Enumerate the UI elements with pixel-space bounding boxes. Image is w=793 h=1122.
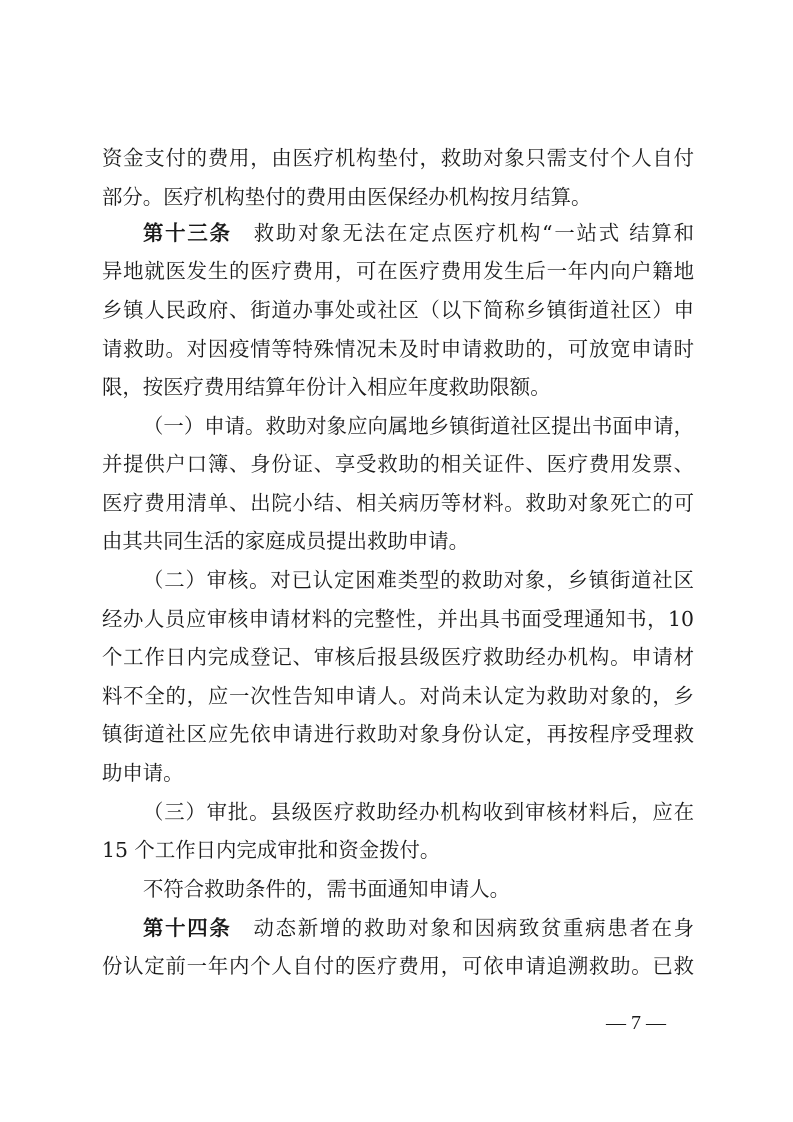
article-heading: 第十三条 [143, 221, 232, 245]
text-line: 限，按医疗费用结算年份计入相应年度救助限额。 [102, 372, 694, 402]
text-line: 不符合救助条件的，需书面通知申请人。 [143, 874, 694, 904]
article-heading: 第十四条 [143, 916, 231, 940]
text-line: 个工作日内完成登记、审核后报县级医疗救助经办机构。申请材 [102, 642, 694, 672]
clause-2-line: （二）审核。对已认定困难类型的救助对象，乡镇街道社区 [143, 565, 694, 595]
article-14-heading-line: 第十四条动态新增的救助对象和因病致贫重病患者在身 [143, 913, 694, 943]
page-number: — 7 — [606, 1008, 666, 1038]
text-line: 由其共同生活的家庭成员提出救助申请。 [102, 526, 694, 556]
text-line: 资金支付的费用，由医疗机构垫付，救助对象只需支付个人自付 [102, 143, 694, 173]
clause-3-line: （三）审批。县级医疗救助经办机构收到审核材料后，应在 [143, 797, 694, 827]
text-line: 助申请。 [102, 758, 694, 788]
text-line: 部分。医疗机构垫付的费用由医保经办机构按月结算。 [102, 182, 694, 212]
text-line: 乡镇人民政府、街道办事处或社区（以下简称乡镇街道社区）申 [102, 295, 694, 325]
document-page: 资金支付的费用，由医疗机构垫付，救助对象只需支付个人自付 部分。医疗机构垫付的费… [0, 0, 793, 1122]
text-line: 医疗费用清单、出院小结、相关病历等材料。救助对象死亡的可 [102, 488, 694, 518]
article-13-heading-line: 第十三条救助对象无法在定点医疗机构“一站式 结算和 [143, 218, 694, 248]
clause-1-line: （一）申请。救助对象应向属地乡镇街道社区提出书面申请， [143, 411, 694, 441]
text-line: 份认定前一年内个人自付的医疗费用，可依申请追溯救助。已救 [102, 951, 694, 981]
text-line: 镇街道社区应先依申请进行救助对象身份认定，再按程序受理救 [102, 719, 694, 749]
text-line: 料不全的，应一次性告知申请人。对尚未认定为救助对象的，乡 [102, 681, 694, 711]
text-line: 经办人员应审核申请材料的完整性，并出具书面受理通知书，10 [102, 604, 694, 634]
text-line: 并提供户口簿、身份证、享受救助的相关证件、医疗费用发票、 [102, 449, 694, 479]
text-line: 异地就医发生的医疗费用，可在医疗费用发生后一年内向户籍地 [102, 256, 694, 286]
text-line: 15 个工作日内完成审批和资金拨付。 [102, 835, 694, 865]
text-line: 请救助。对因疫情等特殊情况未及时申请救助的，可放宽申请时 [102, 334, 694, 364]
